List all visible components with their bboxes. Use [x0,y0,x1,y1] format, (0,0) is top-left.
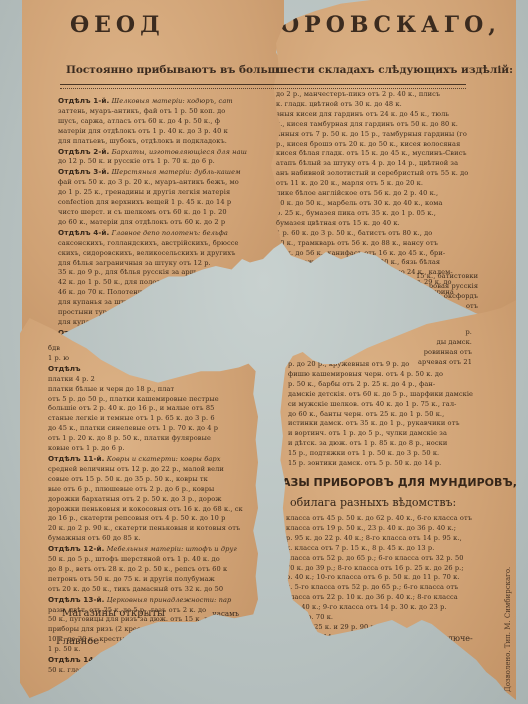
text-line: отъ 20 к. до 50 к., тикъ дамасный отъ 32… [48,585,243,595]
text-line: ровая русскія [416,282,478,292]
text-line: до 16 р., скатерти репсовыя отъ 4 р. 50 … [48,514,243,524]
line-text: 35 к. до 9 р., для бѣлья русскія за арш.… [58,268,213,276]
text-line: отъ 11 к. до 20 к., марля отъ 5 к. до 20… [276,179,468,189]
line-text: платки бѣлые и черн до 18 р., плат [48,385,174,393]
text-line: 35 к. до 9 р., для бѣлья русскія за арш.… [58,268,247,278]
line-text: чисто шерст. и съ шелкомъ отъ 60 к. до 1… [58,208,227,216]
line-text: к., кисея тамбурная для гардинъ отъ 50 к… [276,120,458,128]
text-line: к., кисея тамбурная для гардинъ отъ 50 к… [276,120,468,130]
line-text: инныя отъ 7 р. 50 к. до 15 р., тамбурныя… [276,130,467,138]
text-line: ды дамск. [418,338,472,348]
heading-rule-right [266,84,466,85]
line-text: ровинная отъ [424,348,472,356]
line-text: отъ [466,302,478,310]
text-line: средней величины отъ 12 р. до 22 р., мал… [48,465,243,475]
line-text: confection для верхнихъ вещей 1 р. 45 к.… [58,198,231,206]
line-text: Манчестеръ и плисъ: манчестеръ гл [105,656,243,664]
line-text: ровая русскія [429,282,478,290]
text-line: к. гладк. цвѣтной отъ 30 к. до 48 к. [276,100,468,110]
line-text: класса отъ 45 р. 50 к. до 62 р. 40 к., 6… [286,514,472,522]
text-line: 25 к. до 56 к., канифасъ отъ 16 к. до 45… [276,249,468,259]
text-line: 3 р. 40 к.; 9-го класса отъ 14 р. 30 к. … [286,603,472,613]
line-text: фай отъ 50 к. до 3 р. 20 к., муаръ-антик… [58,178,239,186]
text-line: станые легкіе и темные отъ 1 р. 65 к. до… [48,414,243,424]
text-line: до 8 р., ветъ отъ 28 к. до 2 р. 50 к., р… [48,565,243,575]
text-line: 70 к. до 39 р.; 8-го класса отъ 16 р. 25… [286,564,472,574]
text-line: анъ набивной золотистый и серебристый от… [276,169,468,179]
text-line: отъ 5 р. до 50 р., платки кашемировые пе… [48,395,243,405]
text-line: отъ бумажн. отъ 17 1/2 к. до 20 к., бязь… [276,258,468,268]
text-line: р. до 20 р., кружевныя отъ 9 р. до [288,360,473,370]
department-label: Отдѣлъ 4-й. [58,228,109,237]
text-line: вые отъ 6 р., плюшевые отъ 2 р. до 6 р.,… [48,485,243,495]
footer-shops-open: Магазины открыты часамъ [62,608,239,619]
line-text: анъ набивной золотистый и серебристый от… [276,169,468,177]
text-line: отъ 1 р. 20 к. до 8 р. 50 к., платки фул… [48,434,243,444]
line-text: заттень, муаръ-антикъ, фай отъ 1 р. 50 к… [58,107,225,115]
text-line: 20 к. до 2 р. 90 к., скатерти пеньковыя … [48,524,243,534]
department-label: Отдѣлъ [48,364,81,373]
line-text: станые легкіе и темные отъ 1 р. 65 к. до… [48,414,215,422]
text-line: для платьевъ, шубокъ, отдѣлокъ и подклад… [58,137,247,147]
text-line: р. 50 к., барбы отъ 2 р. 25 к. до 4 р., … [288,380,473,390]
line-text: до 2 р., манчестеръ-пикэ отъ 2 р. 40 к.,… [276,90,440,98]
line-text: бумажныя отъ 60 до 85 к. [48,534,141,542]
line-text: си мужскіе шелков. отъ 40 к. до 1 р. 75 … [288,400,456,408]
text-line: Отдѣлъ 14-й. Манчестеръ и плисъ: манчест… [48,655,243,666]
text-line: 15 р., подтяжки отъ 1 р. 50 к. до 3 р. 5… [288,449,473,459]
line-text: 15 р., подтяжки отъ 1 р. 50 к. до 3 р. 5… [288,449,439,457]
line-text: матеріи для отдѣлокъ отъ 1 р. 40 к. до 3… [58,127,228,135]
paper-fragment-top-right: ОРОВСКАГО, шести складахъ слѣдующихъ изд… [266,0,516,360]
line-text: пике бѣлое англійское отъ 56 к. до 2 р. … [276,189,438,197]
line-text: до 12 р. 50 к. и русскіе отъ 1 р. 70 к. … [58,157,215,165]
text-line: р. 25 к., бумазея пика отъ 35 к. до 1 р.… [276,209,468,219]
line-text: 70 к. до 39 р.; 8-го класса отъ 16 р. 25… [286,564,464,572]
line-text: атапъ бѣлый за штуку отъ 4 р. до 14 р., … [276,159,458,167]
line-text: для купанья за штуку отъ 75 к. до 3 р., … [58,298,221,306]
text-line: 15 р. зонтики дамск. отъ 5 р. 50 к. до 1… [288,459,473,469]
text-line: и вортинч. отъ 1 р. до 5 р., чулки дамск… [288,429,473,439]
line-text: ды дамск. [437,338,472,346]
text-column-bottom-right: р. до 20 р., кружевныя отъ 9 р. дофишю к… [288,360,473,469]
text-line: большіе отъ 2 р. 40 к. до 16 р., и малые… [48,404,243,414]
line-text: для купанья отъ 9 [58,318,123,326]
line-text: Бархаты, изготовляющіеся для наш [109,148,247,156]
text-line: 46 к. до 70 к. Полотенцы за дюжину отъ 2… [58,288,247,298]
line-text: дамскіе детскія. отъ 60 к. до 5 р., шарф… [288,390,473,398]
text-line: до 1 р. 25 к., гренадины и другія легкія… [58,188,247,198]
text-line: Отдѣлъ [48,364,243,375]
text-line: агапи отъ 14 р. 60 к. [286,633,472,643]
text-line: до 45 к., платки синелевые отъ 1 р. 70 к… [48,424,243,434]
line-text: р. до 20 р., кружевныя отъ 9 р. до [288,360,409,368]
line-text: большіе отъ 2 р. 40 к. до 16 р., и малые… [48,404,214,412]
line-text: фишю кашемировыя черн. отъ 4 р. 50 к. до [288,370,443,378]
line-text: вые отъ 6 р., плюшевые отъ 2 р. до 6 р.,… [48,485,214,493]
line-text: 50 к. до 5 р., штофъ шерстяной отъ 1 р. … [48,555,220,563]
subheading-left: Постоянно прибываютъ въ большом [66,64,284,76]
line-text: до 16 р., скатерти репсовыя отъ 4 р. 50 … [48,514,225,522]
line-text: до 1 р. 25 к., гренадины и другія легкія… [58,188,230,196]
line-text: и вортинч. отъ 1 р. до 5 р., чулки дамск… [288,429,447,437]
text-line: ковые отъ 1 р. до 6 р. [48,444,243,454]
line-text: оксфордъ [444,292,478,300]
text-line: 1 р. 60 к. до 3 р. 50 к., батистъ отъ 80… [276,229,468,239]
line-text: и дѣтск. за дюж. отъ 1 р. 85 к. до 8 р.,… [288,439,447,447]
text-line: до 60 к., матеріи для отдѣлокъ отъ 60 к.… [58,218,247,228]
line-text: к. класса отъ 7 р. 15 к., 8 р. 45 к. до … [286,544,434,552]
line-text: 50 к. гладк. цвѣтной отъ 90 к. до 1 р. 5… [48,666,217,674]
line-text: средней величины отъ 12 р. до 22 р., мал… [48,465,224,473]
text-line: класса отъ 52 р. до 65 р.; 6-го класса о… [286,554,472,564]
text-column-top-right: до 2 р., манчестеръ-пикэ отъ 2 р. 40 к.,… [276,90,468,298]
text-column-top-left: Отдѣлъ 1-й. Шелковыя матеріи: кодюръ, са… [58,96,247,350]
line-text: 20 к. до 2 р. 90 к., скатерти пеньковыя … [48,524,240,532]
text-line: 1 р. ю [48,354,243,364]
line-text: класса отъ 22 р. 10 к. до 36 р. 40 к.; 8… [286,593,458,601]
line-text: шусъ, саржа, атласъ отъ 60 к. до 4 р. 50… [58,117,220,125]
department-label: Отдѣлъ 3-й. [58,167,109,176]
text-line: к. класса отъ 7 р. 15 к., 8 р. 45 к. до … [286,544,472,554]
text-line: confection для верхнихъ вещей 1 р. 45 к.… [58,198,247,208]
footer-main: Главное [56,636,99,647]
text-line: к. 5-го класса отъ 52 р. до 65 р.; 6-го … [286,583,472,593]
line-text: ковые отъ 1 р. до 6 р. [48,444,125,452]
masthead-left: ѲЕОД [70,12,165,38]
text-line: 80 к., трамкварь отъ 56 к. до 88 к., нан… [276,239,468,249]
line-text: , ланкорды и воли по кускамъ въ 30 арш. … [276,288,454,296]
line-text: к. 16 р. 25 к. и 29 р. 90 к.; [286,623,379,631]
text-line: заттень, муаръ-антикъ, фай отъ 1 р. 50 к… [58,107,247,117]
text-line: дамскіе детскія. отъ 60 к. до 5 р., шарф… [288,390,473,400]
department-label: Отдѣлъ 2-й. [58,147,109,156]
text-line: Отдѣлъ 11-й. Ковры и скатерти: ковры бар… [48,454,243,465]
department-label: Отдѣлъ 13-й. [48,595,105,604]
line-text: класса отъ 52 р. до 65 р.; 6-го класса о… [286,554,464,562]
line-text: дорожки пеньковыя и кокосовыя отъ 16 к. … [48,505,243,513]
text-line: вныя кисеи для гардинъ отъ 24 к. до 45 к… [276,110,468,120]
paper-fragment-top-left: ѲЕОД Постоянно прибываютъ въ большом Отд… [22,0,284,350]
line-text: для бѣлья заграничныя за штуку отъ 12 р. [58,259,211,267]
text-line: бдв [48,344,243,354]
heading-rule-dotted-right [266,88,466,89]
text-line: Отдѣлъ 13-й. Церковныя принадлежности: п… [48,595,243,606]
line-text: Мебельныя матеріи: штофъ и друг [105,545,237,553]
text-line: 50 к. до 5 р., штофъ шерстяной отъ 1 р. … [48,555,243,565]
text-column-bottom-left: бдв1 р. юОтдѣлъплатки 4 р. 2платки бѣлые… [48,344,243,676]
line-text: бдв [48,344,60,352]
line-text: дорожки бархатныя отъ 2 р. 50 к. до 3 р.… [48,495,222,503]
text-line: класса отъ 22 р. 10 к. до 36 р. 40 к.; 8… [286,593,472,603]
line-text: Ковры и скатерти: ковры барх [105,455,221,463]
text-line: Отдѣлъ 1-й. Шелковыя матеріи: кодюръ, са… [58,96,247,107]
heading-rule-dotted [60,88,284,89]
line-text: р. 40 к.; 10-го класса отъ 6 р. 50 к. до… [286,573,460,581]
line-text: Церковныя принадлежности: пар [105,596,232,604]
department-label: Отдѣлъ 12-й. [48,544,105,553]
text-line: до 2 р., манчестеръ-пикэ отъ 2 р. 40 к.,… [276,90,468,100]
text-line: чисто шерст. и съ шелкомъ отъ 60 к. до 1… [58,208,247,218]
line-text: р., кисея брошэ отъ 20 к. до 50 к., кисе… [276,140,460,148]
heading-rule [60,84,284,85]
line-text: 1 р. ю [48,354,69,362]
line-text: 30 к. до 50 к., марбель отъ 30 к. до 40 … [276,199,443,207]
text-line: р. 40 к.; 10-го класса отъ 6 р. 50 к. до… [286,573,472,583]
text-line: р., кисея брошэ отъ 20 к. до 50 к., кисе… [276,140,468,150]
line-text: класса отъ 19 р. 50 к., 23 р. 40 к. до 3… [286,524,456,532]
line-text: 15 р. зонтики дамск. отъ 5 р. 50 к. до 1… [288,459,441,467]
text-line: кисея бѣлая гладк. отъ 15 к. до 45 к., м… [276,149,468,159]
text-line: шусъ, саржа, атласъ отъ 60 к. до 4 р. 50… [58,117,247,127]
text-line: до 12 р. 50 к. и русскіе отъ 1 р. 70 к. … [58,157,247,167]
text-line: ровинная отъ [418,348,472,358]
subheading-right: шести складахъ слѣдующихъ издѣлій: [276,64,513,76]
text-line: пике бѣлое англійское отъ 56 к. до 2 р. … [276,189,468,199]
line-text: саксонскихъ, голландскихъ, австрійскихъ,… [58,239,239,247]
text-line: си мужскіе шелков. отъ 40 к. до 1 р. 75 … [288,400,473,410]
line-text: к. 5-го класса отъ 52 р. до 65 р.; 6-го … [286,583,458,591]
line-text: отъ бумажн. отъ 17 1/2 к. до 20 к., бязь… [276,258,440,266]
line-text: р. [465,328,472,336]
line-text: отъ 1 р. 20 к. до 8 р. 50 к., платки фул… [48,434,211,442]
line-text: приборы для ризъ (2 креста и 1 пуговица)… [48,625,220,633]
line-text: простыни турецкія для за штуку отъ 5 [58,308,196,316]
text-line: оксфордъ [416,292,478,302]
text-line: дорожки пеньковыя и кокосовыя отъ 16 к. … [48,505,243,515]
line-text: до 8 р., ветъ отъ 28 к. до 2 р. 50 к., р… [48,565,227,573]
paper-fragment-bottom-left: бдв1 р. юОтдѣлъплатки 4 р. 2платки бѣлые… [20,318,258,698]
text-line: платки 4 р. 2 [48,375,243,385]
text-column-bottom-right-prices: класса отъ 45 р. 50 к. до 62 р. 40 к., 6… [286,514,472,653]
text-line: 9 р. 75 к. до 13 р. [286,643,472,653]
text-line: истинки дамск. отъ 35 к. до 1 р., рукавч… [288,419,473,429]
text-line: простыни турецкія для за штуку отъ 5 [58,308,247,318]
line-text: Шерстяныя матеріи: дубль-кашем [109,168,240,176]
line-text: 3 р. 40 к.; 9-го класса отъ 14 р. 30 к. … [286,603,447,611]
text-line: петронъ отъ 50 к. до 75 к. и другія полу… [48,575,243,585]
line-text: р. 50 к., барбы отъ 2 р. 25 к. до 4 р., … [288,380,435,388]
line-text: отъ 11 к. до 20 к., марля отъ 5 к. до 20… [276,179,423,187]
text-line: матеріи для отдѣлокъ отъ 1 р. 40 к. до 3… [58,127,247,137]
text-line: Отдѣлъ 2-й. Бархаты, изготовляющіеся для… [58,147,247,158]
text-line: Отдѣлъ 3-й. Шерстяныя матеріи: дубль-каш… [58,167,247,178]
line-text: до 60 к., матеріи для отдѣлокъ отъ 60 к.… [58,218,225,226]
text-line: платки бѣлые и черн до 18 р., плат [48,385,243,395]
text-line: до 60 к., банты черн. отъ 25 к. до 1 р. … [288,410,473,420]
text-line: дорожки бархатныя отъ 2 р. 50 к. до 3 р.… [48,495,243,505]
text-line: 30 к. до 50 к., марбель отъ 30 к. до 40 … [276,199,468,209]
line-text: 46 к. до 70 к. Полотенцы за дюжину отъ 2… [58,288,218,296]
line-text: до 11 р. 70 к. [286,613,333,621]
line-text: для платьевъ, шубокъ, отдѣлокъ и подклад… [58,137,227,145]
text-line: Отдѣлъ 4-й. Главное депо полотенъ: бельф… [58,228,247,239]
line-text: отъ 5 р. до 50 р., платки кашемировые пе… [48,395,219,403]
text-line: для купанья за штуку отъ 75 к. до 3 р., … [58,298,247,308]
line-text: 42 к. до 1 р. 50 к., для полотенецъ отъ … [58,278,215,286]
text-line: саксонскихъ, голландскихъ, австрійскихъ,… [58,239,247,249]
line-text: р. 95 к. до 22 р. 40 к.; 8-го класса отъ… [286,534,462,542]
text-line: бумазея цвѣтная отъ 15 к. до 40 к. [276,219,468,229]
masthead-right: ОРОВСКАГО, [280,12,501,38]
department-label: Отдѣлъ 11-й. [48,454,105,463]
line-text: кисея бѣлая гладк. отъ 15 к. до 45 к., м… [276,149,467,157]
section-title-uniforms: АЗЫ ПРИБОРОВЪ ДЛЯ МУНДИРОВЪ, [282,476,516,489]
line-text: до 60 к., банты черн. отъ 25 к. до 1 р. … [288,410,444,418]
line-text: Главное депо полотенъ: бельфа [109,229,228,237]
text-line: для купанья отъ 9 [58,318,247,328]
text-line: и дѣтск. за дюж. отъ 1 р. 85 к. до 8 р.,… [288,439,473,449]
text-line: фай отъ 50 к. до 3 р. 20 к., муаръ-антик… [58,178,247,188]
line-text: агапи отъ 14 р. 60 к. [286,633,360,641]
line-text: отъ 20 к. до 50 к., тикъ дамасный отъ 32… [48,585,223,593]
text-line: к. 16 р. 25 к. и 29 р. 90 к.; [286,623,472,633]
line-text: вныя кисеи для гардинъ отъ 24 к. до 45 к… [276,110,449,118]
text-line: Отдѣлъ 12-й. Мебельныя матеріи: штофъ и … [48,544,243,555]
department-label: Отдѣлъ 14-й. [48,655,105,664]
text-line: р. 95 к. до 22 р. 40 к.; 8-го класса отъ… [286,534,472,544]
footer-ending: ійскихъ [446,672,482,682]
line-text: скихъ, сидоровскихъ, великосельскихъ и д… [58,249,236,257]
department-label: Отдѣлъ 1-й. [58,96,109,105]
line-text: петронъ отъ 50 к. до 75 к. и другія полу… [48,575,215,583]
text-line: приборы для ризъ (2 креста и 1 пуговица)… [48,625,243,635]
line-text: истинки дамск. отъ 35 к. до 1 р., рукавч… [288,419,460,427]
text-line: бумажныя отъ 60 до 85 к. [48,534,243,544]
text-line: р. [418,328,472,338]
line-text: 15 к., батистовки [416,272,478,280]
text-line: отъ [416,302,478,312]
text-line: скихъ, сидоровскихъ, великосельскихъ и д… [58,249,247,259]
line-text: бумазея цвѣтная отъ 15 к. до 40 к. [276,219,400,227]
line-text: совые отъ 15 р. 50 к. до 35 р. 50 к., ко… [48,475,208,483]
text-line: 42 к. до 1 р. 50 к., для полотенецъ отъ … [58,278,247,288]
department-label: Отдѣлъ 5-й [58,328,107,337]
text-tail-top-right: 15 к., батистовкировая русскіяоксфордъот… [416,272,478,312]
text-line: класса отъ 45 р. 50 к. до 62 р. 40 к., 6… [286,514,472,524]
text-line: Отдѣлъ 5-й [58,328,247,339]
text-line: до 11 р. 70 к. [286,613,472,623]
text-line: совые отъ 15 р. 50 к. до 35 р. 50 к., ко… [48,475,243,485]
line-text: до 45 к., платки синелевые отъ 1 р. 70 к… [48,424,218,432]
text-line: инныя отъ 7 р. 50 к. до 15 р., тамбурныя… [276,130,468,140]
vertical-printer-imprint: Дозволено. Тип. М. Симбирскаго. [504,567,512,692]
line-text: 80 к., трамкварь отъ 56 к. до 88 к., нан… [276,239,438,247]
line-text: Шелковыя матеріи: кодюръ, сат [109,97,232,105]
text-line: фишю кашемировыя черн. отъ 4 р. 50 к. до [288,370,473,380]
text-line: атапъ бѣлый за штуку отъ 4 р. до 14 р., … [276,159,468,169]
line-text: 9 р. 75 к. до 13 р. [286,643,348,651]
text-line: 50 к. гладк. цвѣтной отъ 90 к. до 1 р. 5… [48,666,243,676]
text-line: для бѣлья заграничныя за штуку отъ 12 р. [58,259,247,269]
line-text: платки 4 р. 2 [48,375,95,383]
text-line: 15 к., батистовки [416,272,478,282]
line-text: 25 к. до 56 к., канифасъ отъ 16 к. до 45… [276,249,445,257]
paper-fragment-bottom-right: р.ды дамск.ровинная отъарчевая отъ 21 р.… [268,300,516,700]
text-line: класса отъ 19 р. 50 к., 23 р. 40 к. до 3… [286,524,472,534]
section-subtitle-departments: обилага разныхъ вѣдомствъ: [290,496,456,509]
line-text: 1 р. 60 к. до 3 р. 50 к., батистъ отъ 80… [276,229,432,237]
footer-days: дней, за исключе- [396,634,473,643]
text-line: 20 до 70 [58,339,247,349]
line-text: к. гладк. цвѣтной отъ 30 к. до 48 к. [276,100,402,108]
line-text: р. 25 к., бумазея пика отъ 35 к. до 1 р.… [276,209,436,217]
